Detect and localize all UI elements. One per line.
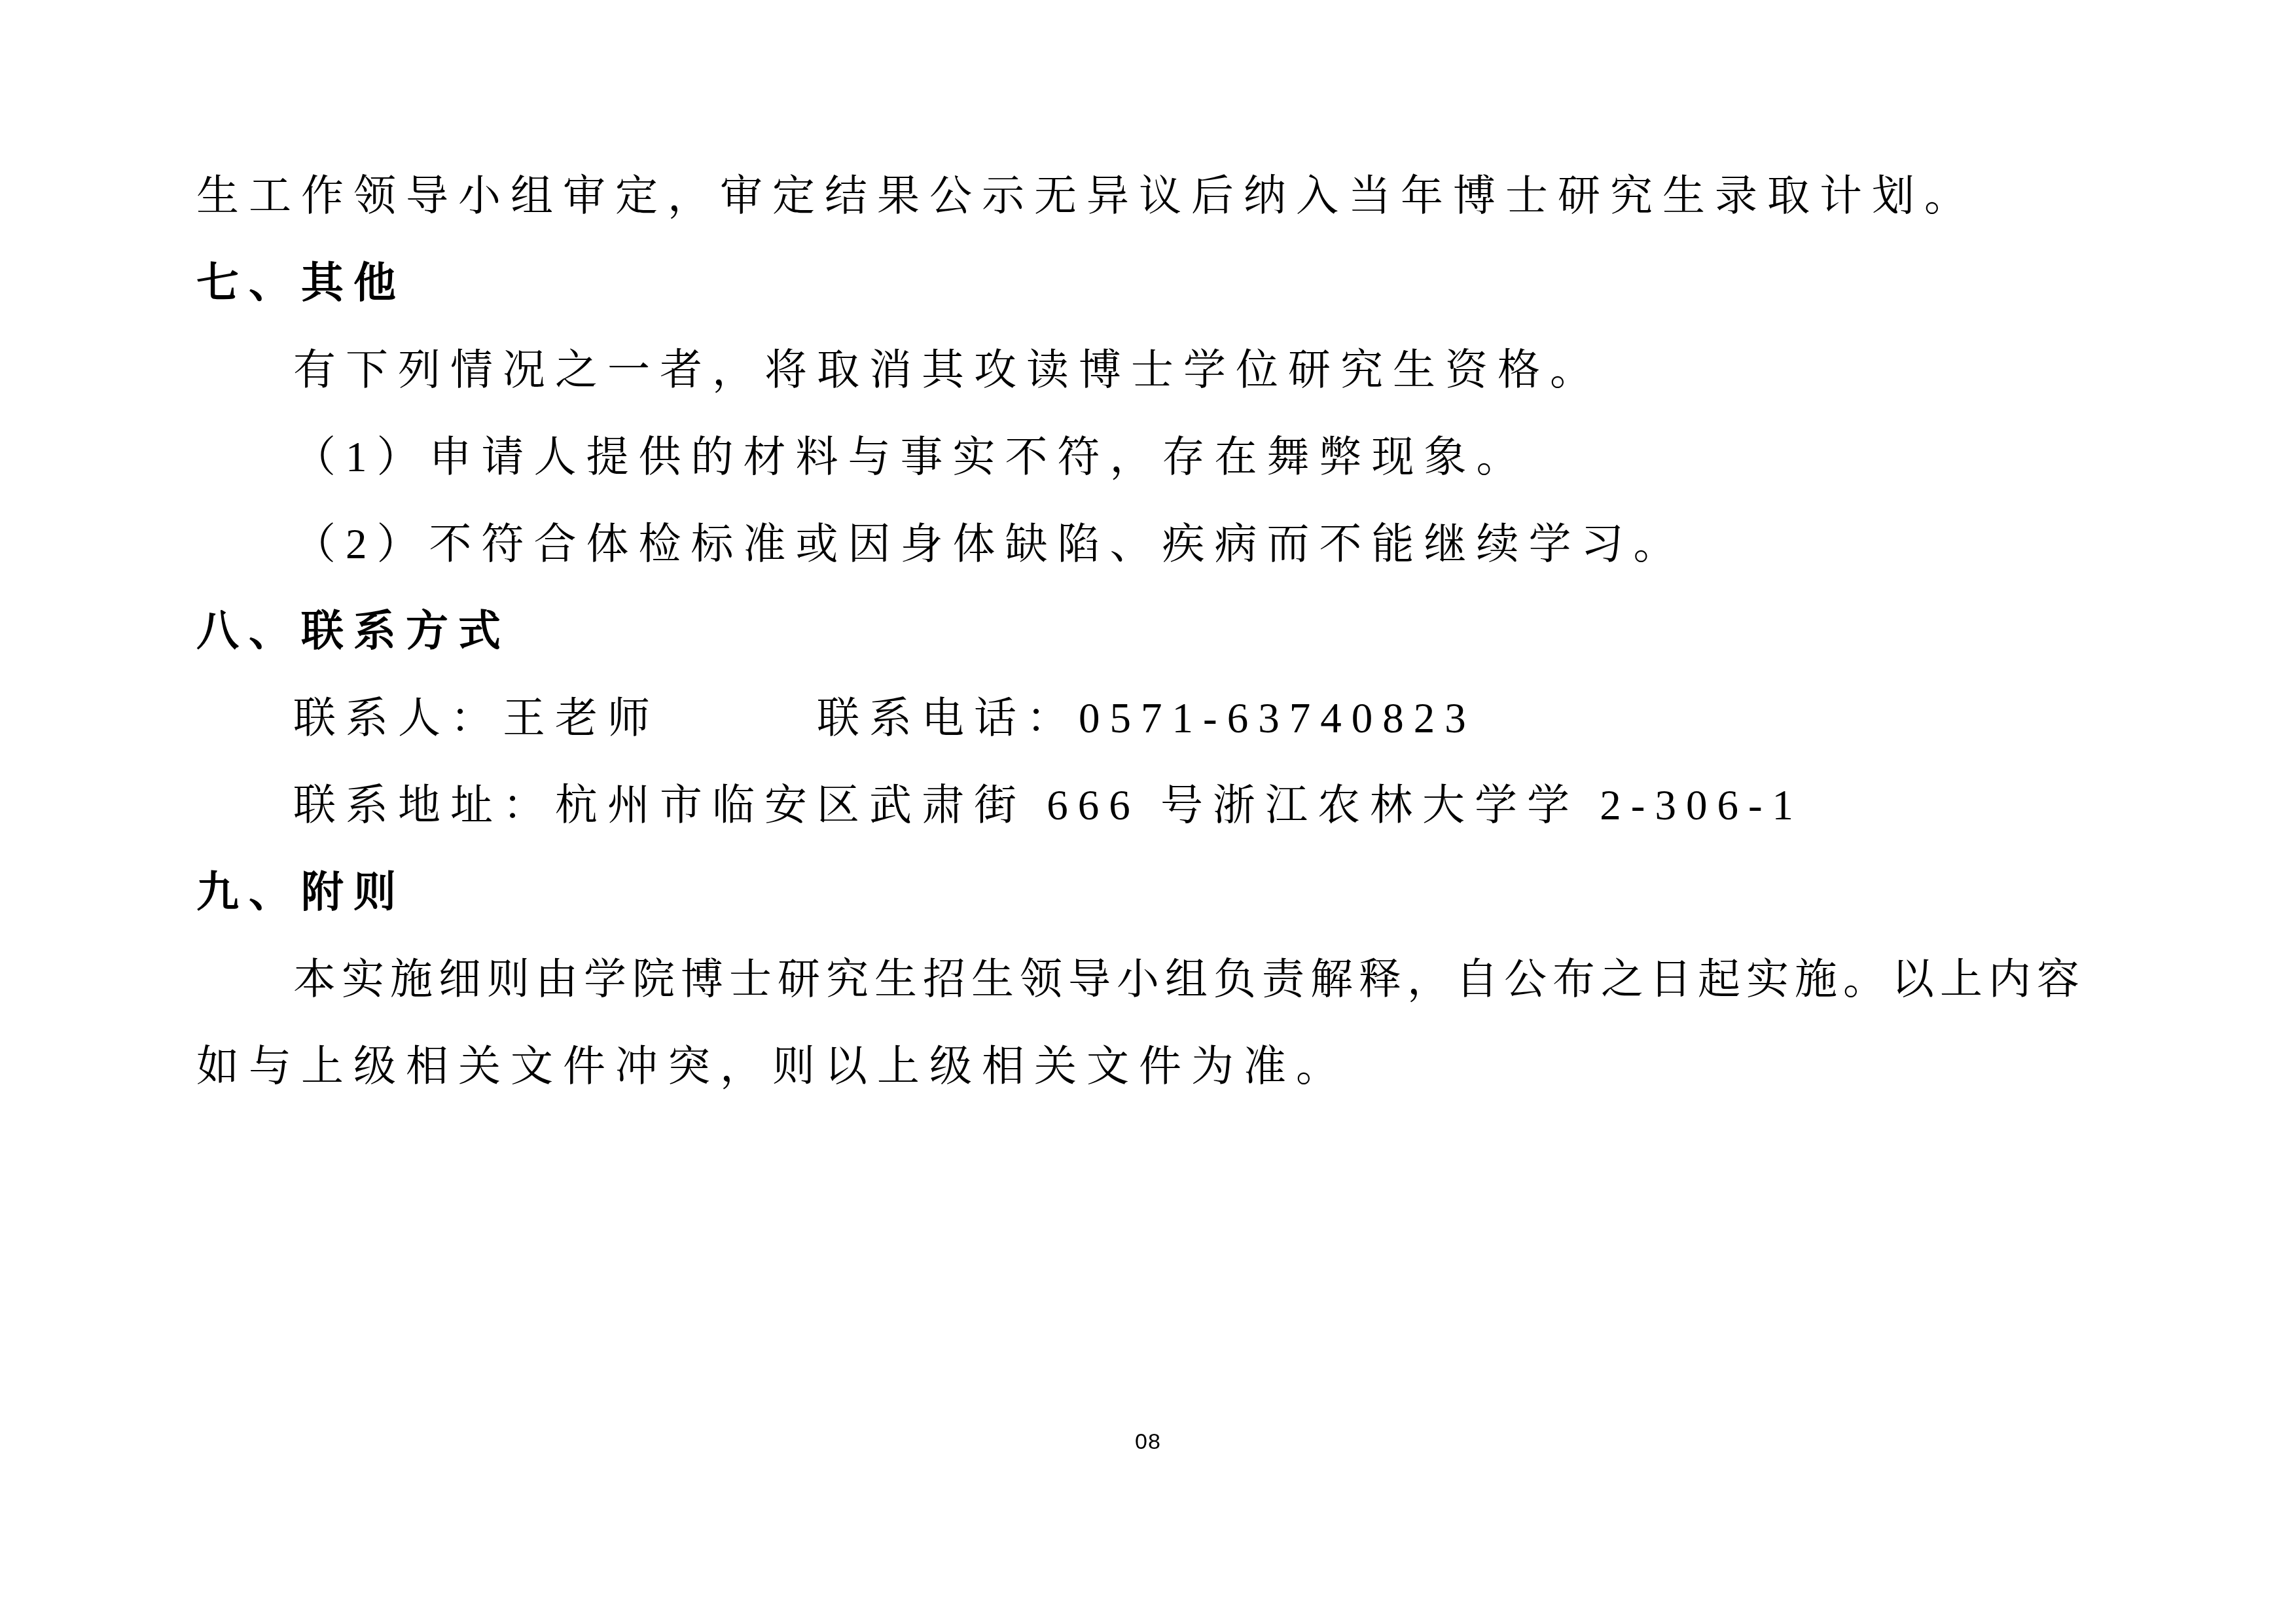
- contact-address-line: 联系地址：杭州市临安区武肃街 666 号浙江农林大学学 2-306-1: [196, 762, 2108, 849]
- document-page: 生工作领导小组审定，审定结果公示无异议后纳入当年博士研究生录取计划。 七、其他 …: [0, 0, 2296, 1623]
- paragraph-line: 本实施细则由学院博士研究生招生领导小组负责解释，自公布之日起实施。以上内容: [196, 936, 2108, 1024]
- page-number: 08: [0, 1429, 2296, 1455]
- list-item-1: （1）申请人提供的材料与事实不符，存在舞弊现象。: [196, 414, 2108, 501]
- list-item-2: （2）不符合体检标准或因身体缺陷、疾病而不能继续学习。: [196, 501, 2108, 588]
- paragraph-line: 有下列情况之一者，将取消其攻读博士学位研究生资格。: [196, 327, 2108, 414]
- section-heading-7-other: 七、其他: [196, 240, 2108, 327]
- contact-person-phone-line: 联系人：王老师 联系电话：0571-63740823: [196, 675, 2108, 762]
- paragraph-continuation-line: 生工作领导小组审定，审定结果公示无异议后纳入当年博士研究生录取计划。: [196, 153, 2108, 240]
- section-heading-8-contact: 八、联系方式: [196, 588, 2108, 675]
- section-heading-9-appendix: 九、附则: [196, 849, 2108, 936]
- document-body: 生工作领导小组审定，审定结果公示无异议后纳入当年博士研究生录取计划。 七、其他 …: [196, 153, 2108, 1111]
- paragraph-continuation-line: 如与上级相关文件冲突，则以上级相关文件为准。: [196, 1024, 2108, 1111]
